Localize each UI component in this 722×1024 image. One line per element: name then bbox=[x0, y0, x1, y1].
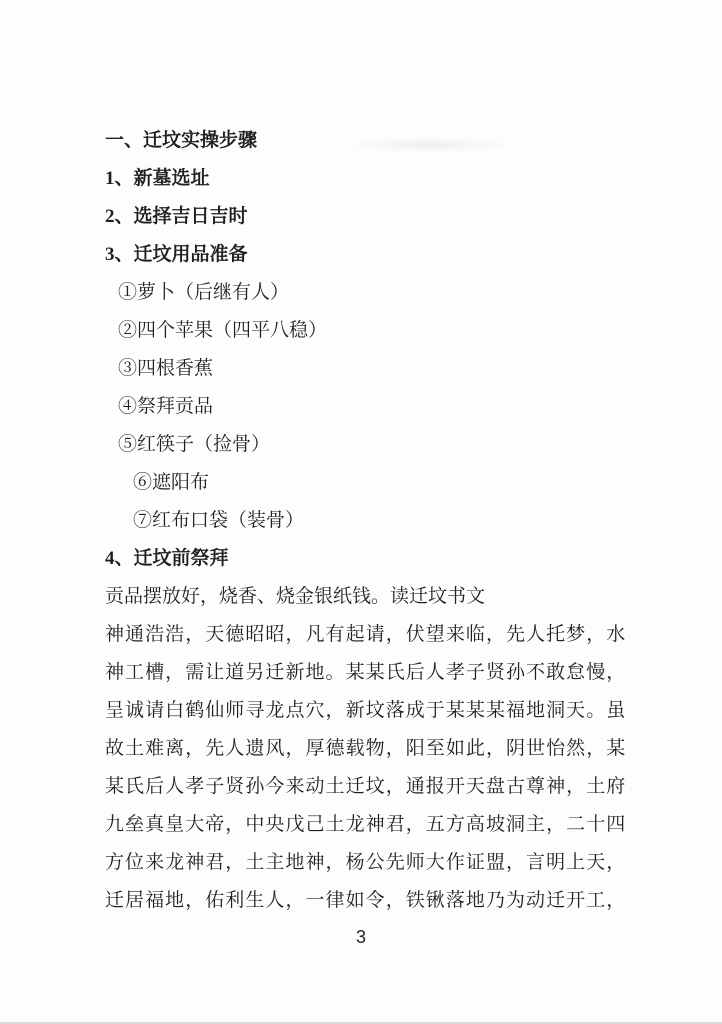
step-heading-1: 1、新墓选址 bbox=[105, 160, 629, 198]
step-heading-4: 4、迁坟前祭拜 bbox=[105, 540, 629, 578]
supply-item-4: ④祭拜贡品 bbox=[105, 388, 629, 426]
scripture-line-7: 方位来龙神君，土主地神，杨公先师大作证盟，言明上天， bbox=[105, 844, 629, 882]
supply-item-7: ⑦红布口袋（装骨） bbox=[105, 502, 629, 540]
supply-item-2: ②四个苹果（四平八稳） bbox=[105, 312, 629, 350]
scripture-line-6: 九垒真皇大帝，中央戊己土龙神君，五方高坡洞主，二十四 bbox=[105, 806, 629, 844]
scripture-line-5: 某氏后人孝子贤孙今来动土迁坟，通报开天盘古尊神，土府 bbox=[105, 768, 629, 806]
supply-item-5: ⑤红筷子（捡骨） bbox=[105, 426, 629, 464]
scripture-line-4: 故土难离，先人遗风，厚德载物，阳至如此，阴世怡然，某 bbox=[105, 730, 629, 768]
document-page: 一、迁坟实操步骤 1、新墓选址 2、选择吉日吉时 3、迁坟用品准备 ①萝卜（后继… bbox=[0, 0, 722, 1024]
step-heading-3: 3、迁坟用品准备 bbox=[105, 236, 629, 274]
document-content: 一、迁坟实操步骤 1、新墓选址 2、选择吉日吉时 3、迁坟用品准备 ①萝卜（后继… bbox=[105, 122, 629, 920]
scripture-line-2: 神工槽，需让道另迁新地。某某氏后人孝子贤孙不敢怠慢， bbox=[105, 654, 629, 692]
section-title: 一、迁坟实操步骤 bbox=[105, 122, 629, 160]
step-heading-2: 2、选择吉日吉时 bbox=[105, 198, 629, 236]
supply-item-3: ③四根香蕉 bbox=[105, 350, 629, 388]
offering-intro-line: 贡品摆放好，烧香、烧金银纸钱。读迁坟书文 bbox=[105, 578, 629, 616]
scripture-line-1: 神通浩浩，天德昭昭，凡有起请，伏望来临，先人托梦，水 bbox=[105, 616, 629, 654]
page-number: 3 bbox=[0, 920, 722, 954]
supply-item-6: ⑥遮阳布 bbox=[105, 464, 629, 502]
supply-item-1: ①萝卜（后继有人） bbox=[105, 274, 629, 312]
scripture-line-3: 呈诚请白鹤仙师寻龙点穴，新坟落成于某某某福地洞天。虽 bbox=[105, 692, 629, 730]
scripture-line-8: 迁居福地，佑利生人，一律如令，铁锹落地乃为动迁开工， bbox=[105, 882, 629, 920]
